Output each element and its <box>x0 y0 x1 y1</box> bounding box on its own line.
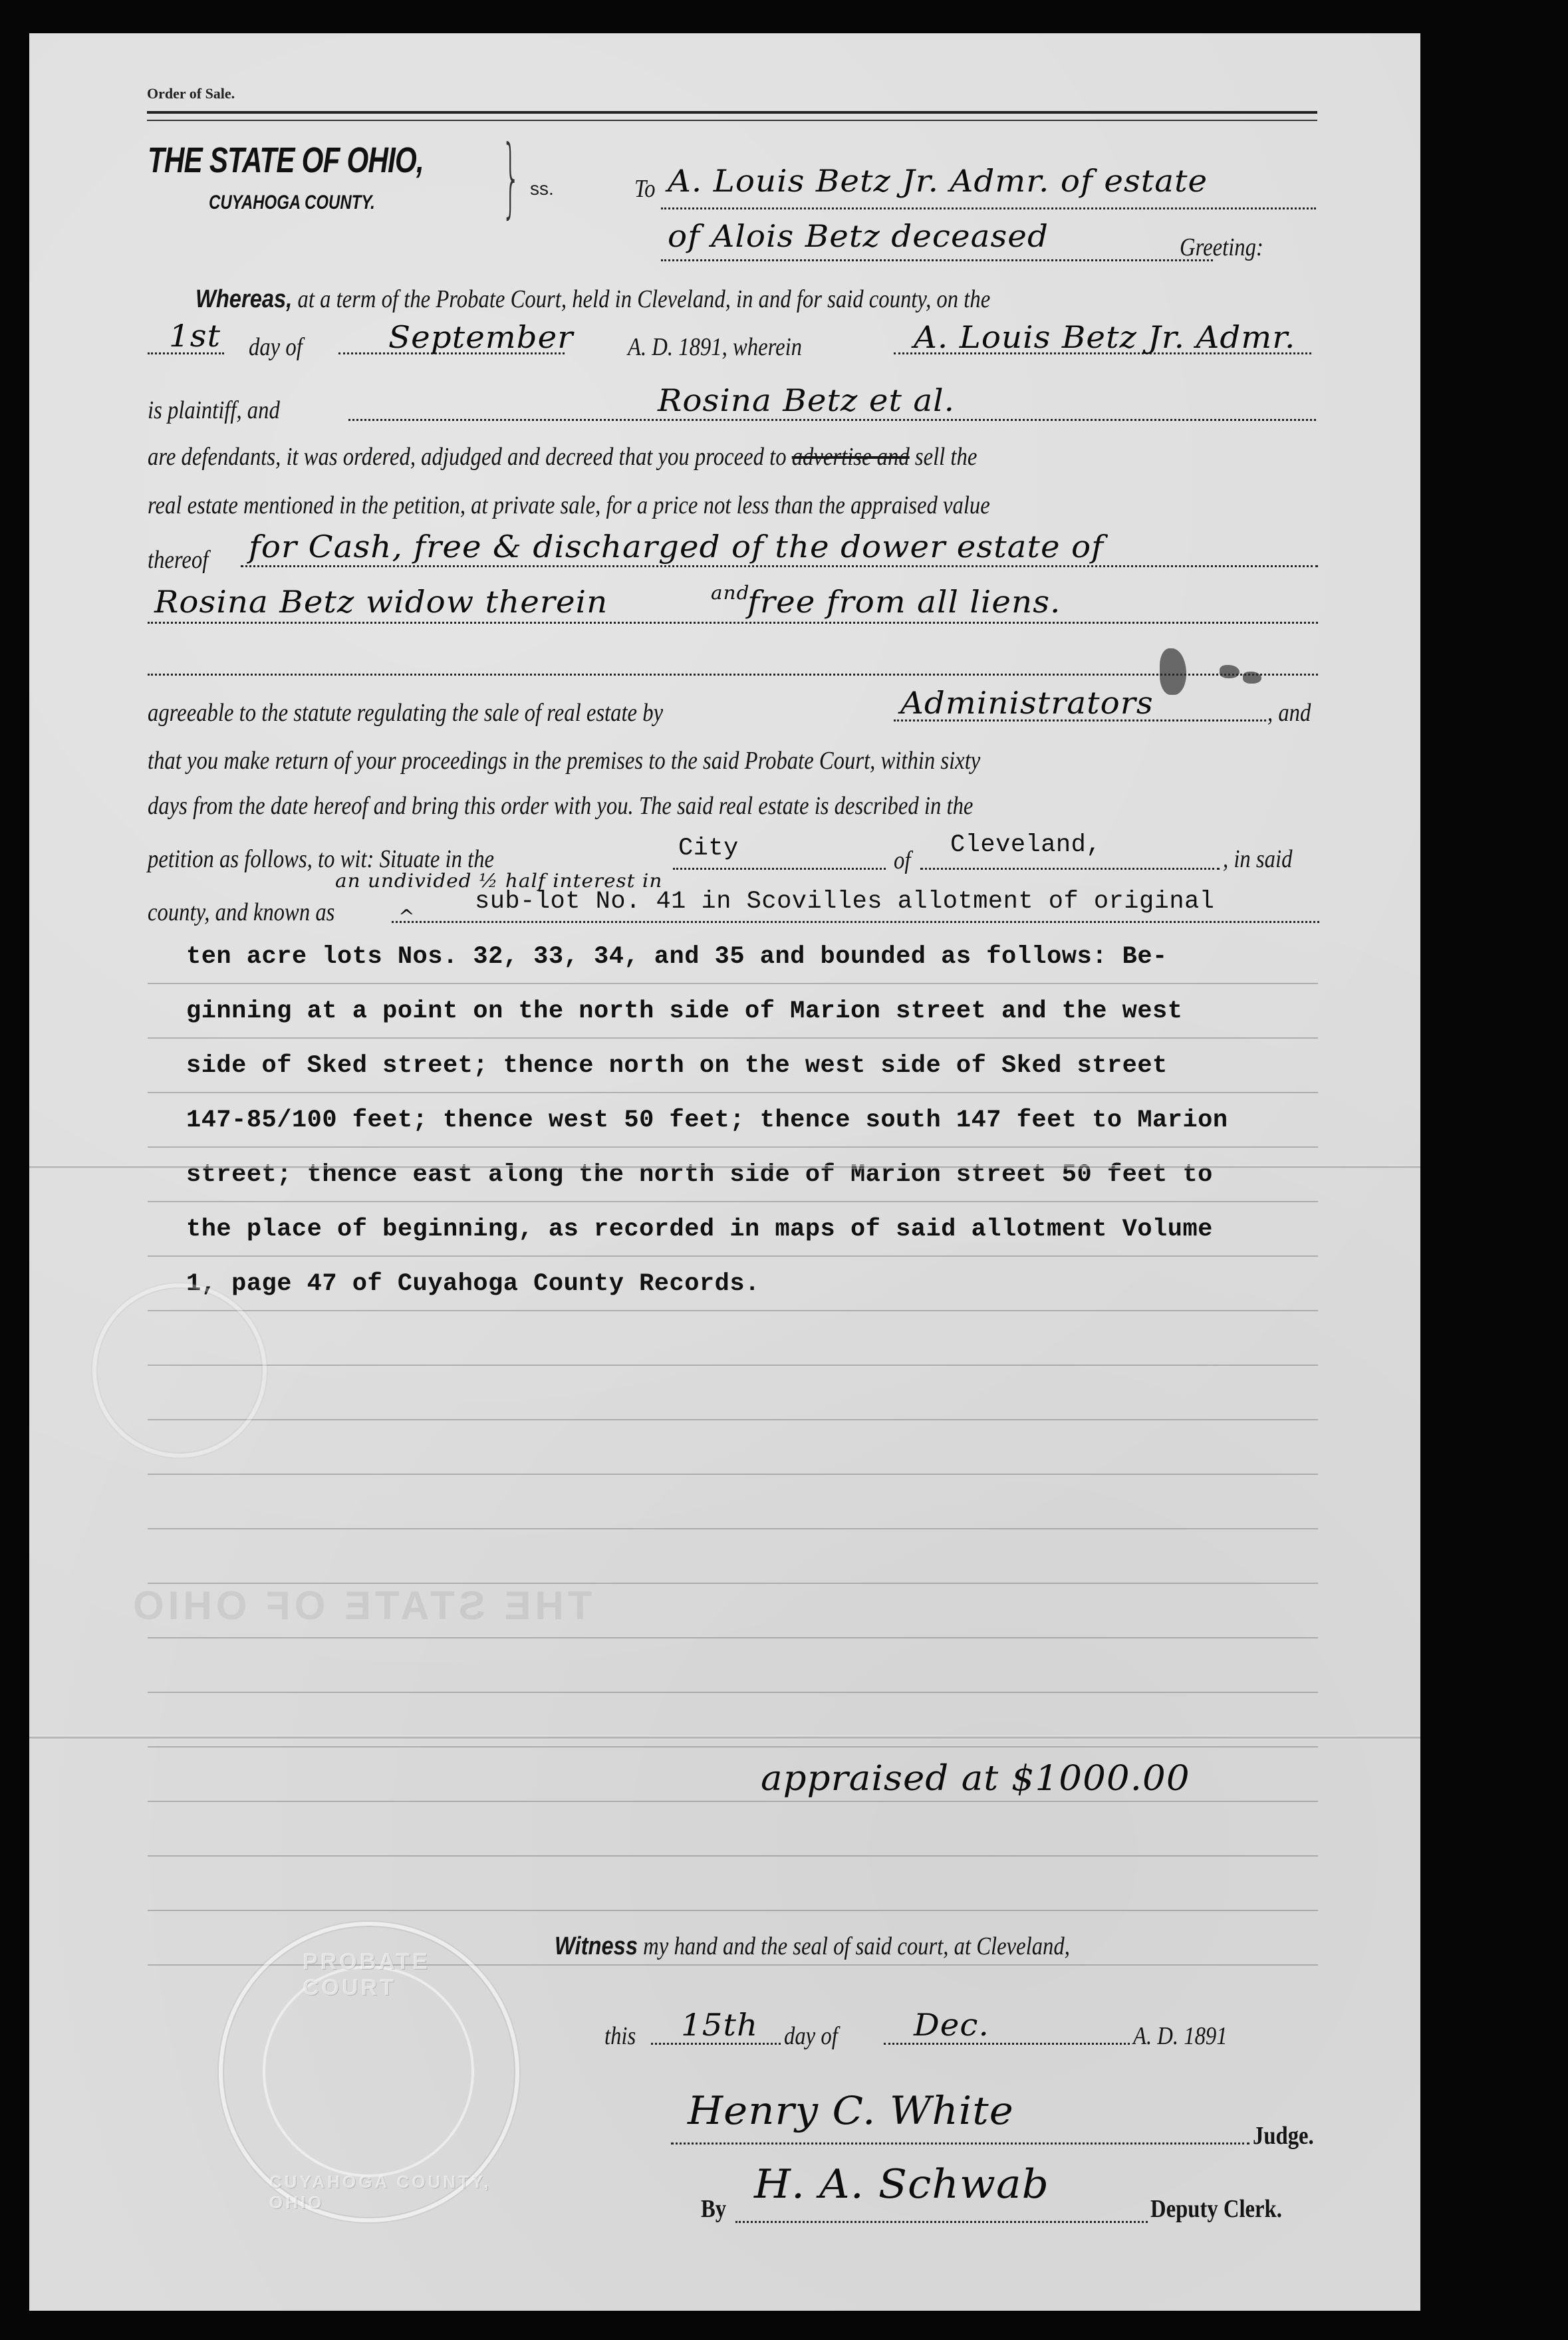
document-page: Order of Sale. THE STATE OF OHIO, CUYAHO… <box>29 33 1420 2311</box>
terms-line2c: free from all liens. <box>747 584 1061 620</box>
judge-signature: Henry C. White <box>688 2088 1014 2133</box>
description-line: side of Sked street; thence north on the… <box>186 1052 1168 1080</box>
real-estate-text: real estate mentioned in the petition, a… <box>148 491 990 520</box>
ruled-line <box>148 1474 1318 1475</box>
seal-top-text: PROBATE COURT <box>303 1949 515 2001</box>
ruled-line <box>148 1746 1318 1748</box>
ordered-line: are defendants, it was ordered, adjudged… <box>148 442 977 471</box>
paper-fold <box>29 1165 1420 1169</box>
state-title: THE STATE OF OHIO, <box>148 140 424 181</box>
situate-type: City <box>678 835 739 862</box>
county-known-label: county, and known as <box>148 898 334 927</box>
terms-line-2 <box>148 622 1318 624</box>
show-through-text: THE STATE OF OHIO <box>129 1583 592 1628</box>
ruled-line <box>148 1146 1318 1148</box>
whereas-label: Whereas, <box>196 285 292 313</box>
situate-line <box>673 868 886 870</box>
ruled-line <box>148 1201 1318 1202</box>
judge-line <box>671 2143 1249 2145</box>
addressee-line1: A. Louis Betz Jr. Admr. of estate <box>668 163 1208 199</box>
probate-court-seal: PROBATE COURT CUYAHOGA COUNTY, OHIO <box>219 1922 519 2222</box>
known-as-line <box>392 921 1319 923</box>
caret-icon: ^ <box>398 906 416 928</box>
defendants-value: Rosina Betz et al. <box>658 382 955 418</box>
ink-smudge <box>1243 672 1261 684</box>
statute-and: , and <box>1267 698 1311 727</box>
whereas-line: Whereas, at a term of the Probate Court,… <box>196 285 990 314</box>
this-label: this <box>604 2021 636 2051</box>
sign-day-of: day of <box>784 2021 838 2051</box>
description-line: ten acre lots Nos. 32, 33, 34, and 35 an… <box>186 943 1168 971</box>
addressee-line-1 <box>661 207 1316 209</box>
ruled-line <box>148 1637 1318 1638</box>
witness-text: my hand and the seal of said court, at C… <box>643 1932 1070 1960</box>
defendants-line <box>348 419 1316 421</box>
day-of-label: day of <box>249 332 303 362</box>
ruled-line <box>148 1801 1318 1802</box>
header-rule-thick <box>147 111 1317 114</box>
ordered-text: are defendants, it was ordered, adjudged… <box>148 443 787 471</box>
is-plaintiff-label: is plaintiff, and <box>148 396 280 425</box>
thereof-label: thereof <box>148 545 208 575</box>
witness-line: Witness my hand and the seal of said cou… <box>555 1932 1070 1961</box>
ruled-line <box>148 1255 1318 1257</box>
ruled-line <box>148 1528 1318 1529</box>
ruled-line <box>148 983 1318 984</box>
day-value: 1st <box>169 318 221 354</box>
clerk-signature: H. A. Schwab <box>754 2161 1049 2208</box>
ad-year: A. D. 1891, wherein <box>628 332 802 362</box>
seal-bottom-text: CUYAHOGA COUNTY, OHIO <box>269 2172 515 2213</box>
sign-day-line <box>651 2043 781 2045</box>
ordered-text-post: sell the <box>915 443 977 471</box>
month-value: September <box>388 319 573 355</box>
in-said: , in said <box>1223 845 1292 874</box>
statute-text: agreeable to the statute regulating the … <box>148 698 663 727</box>
addressee-line-2 <box>661 259 1213 261</box>
header-rule-thin <box>147 120 1317 121</box>
description-line: 147-85/100 feet; thence west 50 feet; th… <box>186 1106 1228 1134</box>
embossed-seal-faint <box>92 1283 267 1458</box>
terms-line-1 <box>241 565 1318 567</box>
terms-line2a: Rosina Betz widow therein <box>154 584 608 620</box>
sign-month-line <box>884 2043 1130 2045</box>
struck-text: advertise and <box>792 443 910 471</box>
terms-line1: for Cash, free & discharged of the dower… <box>249 529 1104 565</box>
days-text: days from the date hereof and bring this… <box>148 791 973 821</box>
ruled-line <box>148 1419 1318 1420</box>
ruled-line <box>148 1310 1318 1311</box>
judge-label: Judge. <box>1253 2121 1314 2150</box>
sign-year: A. D. 1891 <box>1133 2021 1228 2051</box>
city-value: Cleveland, <box>950 831 1101 859</box>
city-line <box>920 868 1220 870</box>
form-title: Order of Sale. <box>147 85 235 102</box>
county-title: CUYAHOGA COUNTY. <box>209 192 375 214</box>
terms-and: and <box>711 582 749 604</box>
to-label: To <box>634 174 656 203</box>
terms-line-3 <box>148 674 1318 676</box>
clerk-label: Deputy Clerk. <box>1150 2194 1282 2224</box>
return-text: that you make return of your proceedings… <box>148 746 980 775</box>
statute-by: Administrators <box>900 685 1154 721</box>
appraised-note: appraised at $1000.00 <box>761 1759 1190 1799</box>
ruled-line <box>148 1910 1318 1911</box>
ss-label: ss. <box>530 178 554 199</box>
clerk-line <box>735 2221 1148 2223</box>
ink-smudge <box>1220 665 1240 678</box>
witness-label: Witness <box>555 1932 638 1960</box>
paper-fold <box>29 1736 1420 1740</box>
ruled-line <box>148 1037 1318 1039</box>
ruled-line <box>148 1092 1318 1093</box>
description-line: ginning at a point on the north side of … <box>186 997 1182 1025</box>
addressee-line2: of Alois Betz deceased <box>668 218 1049 254</box>
description-line: the place of beginning, as recorded in m… <box>186 1216 1213 1243</box>
whereas-text: at a term of the Probate Court, held in … <box>297 285 990 313</box>
greeting: Greeting: <box>1180 233 1263 262</box>
sign-day: 15th <box>681 2007 758 2043</box>
description-line: 1, page 47 of Cuyahoga County Records. <box>186 1270 760 1298</box>
of-label: of <box>894 846 910 875</box>
plaintiff-value: A. Louis Betz Jr. Admr. <box>914 319 1295 355</box>
lot-line1: sub-lot No. 41 in Scovilles allotment of… <box>475 888 1214 916</box>
by-label: By <box>701 2194 726 2224</box>
ruled-line <box>148 1692 1318 1693</box>
ink-smudge <box>1160 648 1186 695</box>
sign-month: Dec. <box>914 2007 989 2043</box>
ruled-line <box>148 1365 1318 1366</box>
ruled-line <box>148 1855 1318 1857</box>
brace-icon: } <box>501 126 521 227</box>
